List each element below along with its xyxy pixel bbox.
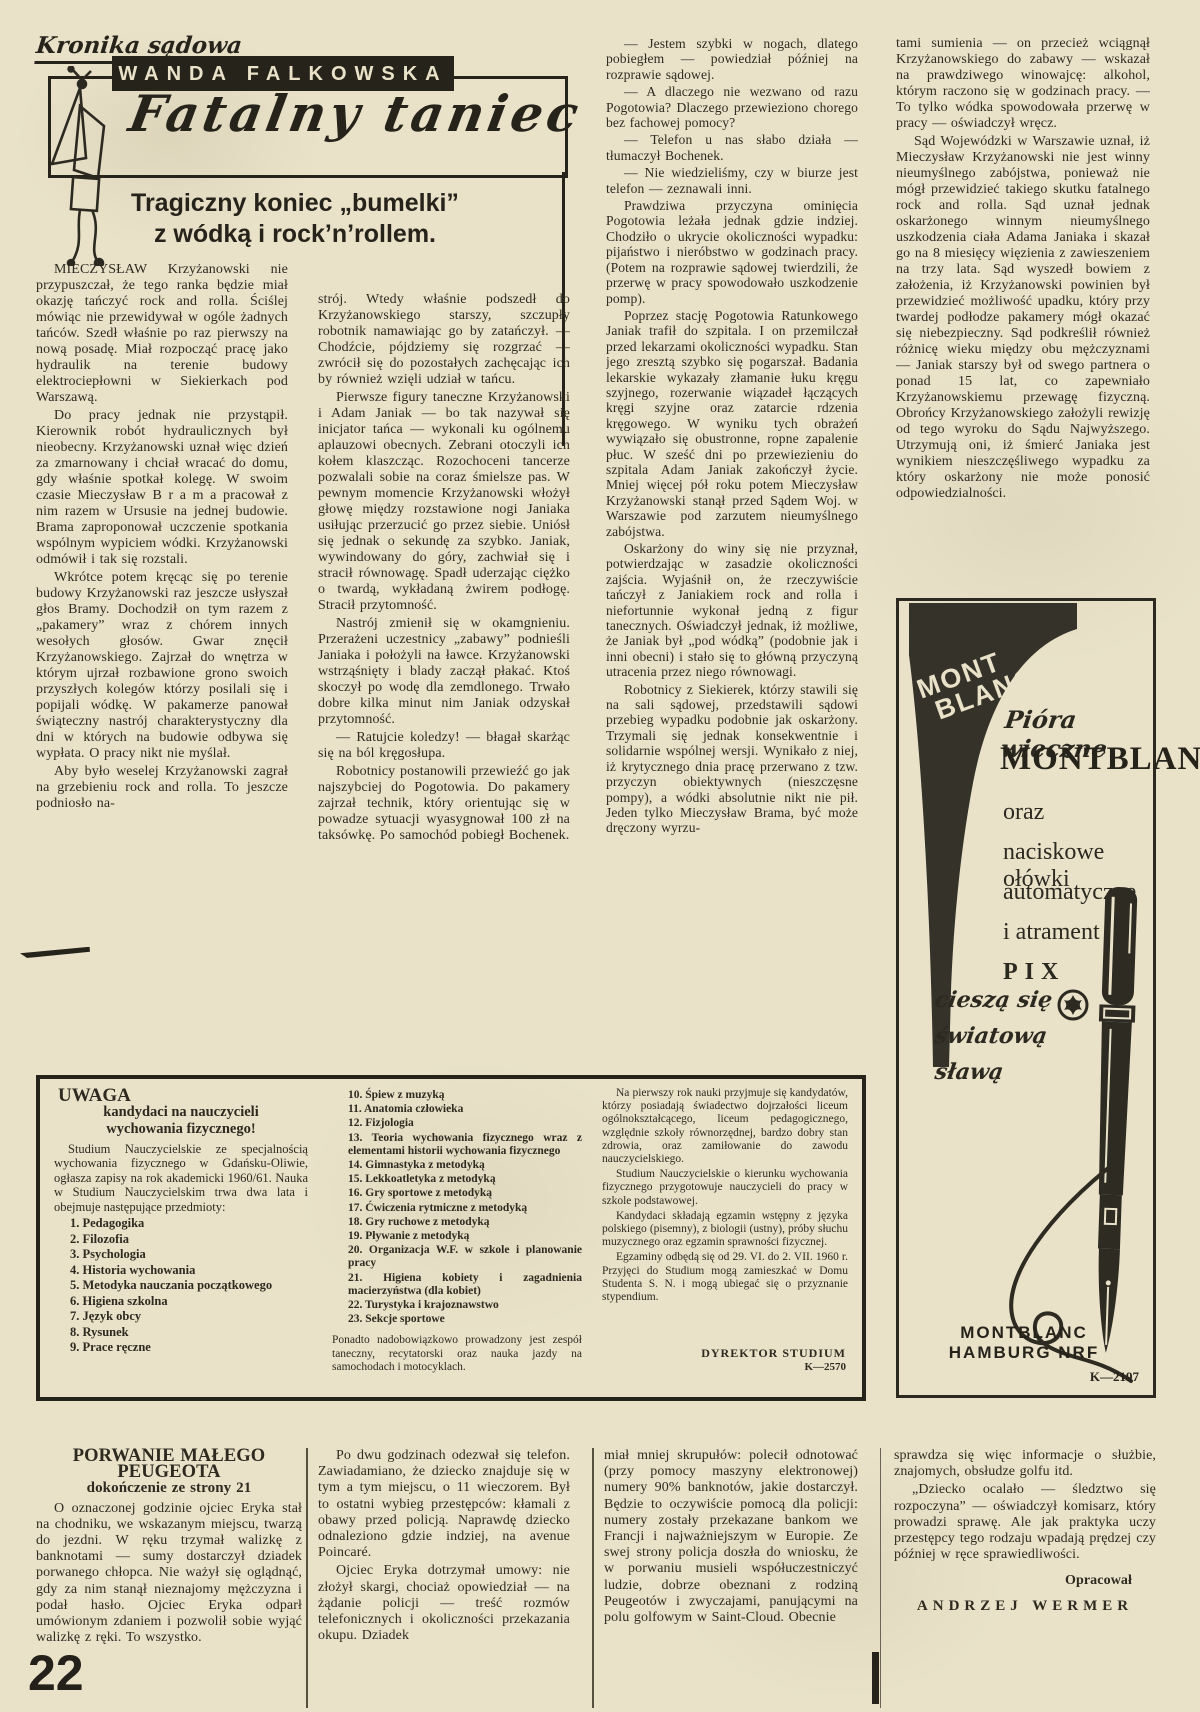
bottom-headline: PORWANIE MAŁEGO PEUGEOTA <box>36 1448 302 1480</box>
paragraph: Oskarżony do winy się nie przyznał, potw… <box>606 541 858 680</box>
article-column-3: — Jestem szybki w nogach, dlatego pobieg… <box>606 36 858 970</box>
ad-text-line-pix: PIX <box>1003 959 1065 986</box>
column-rule <box>306 1448 308 1708</box>
list-item: 6. Higiena szkolna <box>70 1294 308 1309</box>
paragraph: strój. Wtedy właśnie podszedł do Krzyżan… <box>318 292 570 388</box>
montblanc-advertisement: MONT BLANC Pióra wieczne MONTBLANC oraz … <box>896 598 1156 1398</box>
paragraph: Pierwsze figury taneczne Krzyżanowski i … <box>318 390 570 614</box>
author-banner: WANDA FALKOWSKA <box>112 56 454 91</box>
ad-text-line: oraz <box>1003 799 1044 826</box>
ad-script-line: światową <box>933 1023 1049 1049</box>
list-item: 2. Filozofia <box>70 1232 308 1247</box>
list-item: 1. Pedagogika <box>70 1216 308 1231</box>
bottom-subhead: dokończenie ze strony 21 <box>36 1480 302 1496</box>
list-item: 11. Anatomia człowieka <box>348 1103 582 1116</box>
notice-extra: Ponadto nadobowiązkowo prowadzony jest z… <box>332 1334 582 1374</box>
list-item: 23. Sekcje sportowe <box>348 1313 582 1326</box>
list-item: 19. Pływanie z metodyką <box>348 1230 582 1243</box>
notice-intro: Studium Nauczycielskie ze specjalnością … <box>54 1142 308 1215</box>
paragraph: „Dziecko ocalało — śledztwo się rozpoczy… <box>894 1482 1156 1563</box>
paragraph: miał mniej skrupułów: polecił odnotować … <box>604 1448 858 1626</box>
list-item: 10. Śpiew z muzyką <box>348 1089 582 1102</box>
list-item: 4. Historia wychowania <box>70 1263 308 1278</box>
article-title: Fatalny taniec <box>125 84 555 143</box>
notice-signature-block: DYREKTOR STUDIUM K—2570 <box>600 1340 846 1373</box>
notice-code: K—2570 <box>600 1361 846 1373</box>
paragraph: Po dwu godzinach odezwał się telefon. Za… <box>318 1448 570 1561</box>
paragraph: Kandydaci składają egzamin wstępny z jęz… <box>602 1210 848 1250</box>
notice-signature: DYREKTOR STUDIUM <box>600 1346 846 1361</box>
article-column-4: tami sumienia — on przecież wciągnął Krz… <box>896 36 1150 592</box>
ad-brand-name: MONTBLANC <box>1000 741 1200 778</box>
paragraph: — Nie wiedzieliśmy, czy w biurze jest te… <box>606 165 858 196</box>
list-item: 18. Gry ruchowe z metodyką <box>348 1216 582 1229</box>
list-item: 9. Prace ręczne <box>70 1340 308 1355</box>
ad-footer-text: MONTBLANC HAMBURG NRF <box>907 1323 1141 1363</box>
article-column-2: strój. Wtedy właśnie podszedł do Krzyżan… <box>318 292 570 1004</box>
notice-subheading-1: kandydaci na nauczycieli <box>54 1104 308 1121</box>
list-item: 7. Język obcy <box>70 1309 308 1324</box>
notice-column-2: 10. Śpiew z muzyką11. Anatomia człowieka… <box>332 1087 582 1387</box>
paragraph: Egzaminy odbędą się od 29. VI. do 2. VII… <box>602 1251 848 1304</box>
list-item: 17. Ćwiczenia rytmiczne z metodyką <box>348 1202 582 1215</box>
paragraph: Na pierwszy rok nauki przyjmuje się kand… <box>602 1087 848 1166</box>
column-rule <box>880 1448 881 1708</box>
paragraph: Nastrój zmienił się w okamgnieniu. Przer… <box>318 616 570 728</box>
paragraph: — Ratujcie koledzy! — błagał skarżąc się… <box>318 730 570 762</box>
list-item: 21. Higiena kobiety i zagadnienia macier… <box>348 1272 582 1298</box>
list-item: 20. Organizacja W.F. w szkole i planowan… <box>348 1244 582 1270</box>
bottom-column-3: miał mniej skrupułów: polecił odnotować … <box>604 1448 858 1710</box>
list-item: 22. Turystyka i krajoznawstwo <box>348 1299 582 1312</box>
list-item: 8. Rysunek <box>70 1325 308 1340</box>
paragraph: Prawdziwa przyczyna ominięcia Pogotowia … <box>606 198 858 306</box>
ad-script-line: cieszą się <box>933 987 1054 1013</box>
paragraph: Robotnicy postanowili przewieźć go jak n… <box>318 764 570 844</box>
list-item: 16. Gry sportowe z metodyką <box>348 1187 582 1200</box>
subtitle-line-2: z wódką i rock’n’rollem. <box>60 219 530 250</box>
paragraph: — A dlaczego nie wezwano od razu Pogotow… <box>606 84 858 130</box>
paragraph: Do pracy jednak nie przystąpił. Kierowni… <box>36 408 288 568</box>
paragraph: Sąd Wojewódzki w Warszawie uznał, iż Mie… <box>896 134 1150 502</box>
paragraph: Wkrótce potem kręcąc się po terenie budo… <box>36 570 288 762</box>
byline-name: ANDRZEJ WERMER <box>894 1598 1156 1614</box>
subject-list-2: 10. Śpiew z muzyką11. Anatomia człowieka… <box>332 1089 582 1326</box>
list-item: 14. Gimnastyka z metodyką <box>348 1159 582 1172</box>
notice-heading: UWAGA <box>58 1089 308 1104</box>
bottom-column-1-text: O oznaczonej godzinie ojciec Eryka stał … <box>36 1501 302 1647</box>
list-item: 3. Psychologia <box>70 1247 308 1262</box>
bottom-column-2: Po dwu godzinach odezwał się telefon. Za… <box>318 1448 570 1710</box>
paragraph: O oznaczonej godzinie ojciec Eryka stał … <box>36 1501 302 1647</box>
list-item: 13. Teoria wychowania fizycznego wraz z … <box>348 1132 582 1158</box>
paragraph: Robotnicy z Siekierek, którzy stawili si… <box>606 682 858 836</box>
ad-script-line: sławą <box>933 1059 1005 1085</box>
list-item: 12. Fizjologia <box>348 1117 582 1130</box>
paragraph: tami sumienia — on przecież wciągnął Krz… <box>896 36 1150 132</box>
paragraph: MIECZYSŁAW Krzyżanowski nie przypuszczał… <box>36 262 288 406</box>
list-item: 15. Lekkoatletyka z metodyką <box>348 1173 582 1186</box>
paragraph: Studium Nauczycielskie o kierunku wychow… <box>602 1168 848 1208</box>
subtitle-line-1: Tragiczny koniec „bumelki” <box>60 188 530 219</box>
byline-bar <box>872 1652 879 1704</box>
column-rule <box>592 1448 594 1708</box>
subject-list-1: 1. Pedagogika2. Filozofia3. Psychologia4… <box>54 1216 308 1355</box>
article-column-1: MIECZYSŁAW Krzyżanowski nie przypuszczał… <box>36 262 288 968</box>
paragraph: Ojciec Eryka dotrzymał umowy: nie złożył… <box>318 1563 570 1644</box>
paragraph: sprawdza się więc informacje o służbie, … <box>894 1448 1156 1480</box>
paragraph: Poprzez stację Pogotowia Ratunkowego Jan… <box>606 308 858 539</box>
byline-label: Opracował <box>894 1573 1132 1589</box>
bottom-column-4: sprawdza się więc informacje o służbie, … <box>894 1448 1156 1710</box>
bottom-column-4-text: sprawdza się więc informacje o służbie, … <box>894 1448 1156 1563</box>
paragraph: — Jestem szybki w nogach, dlatego pobieg… <box>606 36 858 82</box>
ad-code: K—2197 <box>1090 1369 1139 1385</box>
notice-column-1: UWAGA kandydaci na nauczycieli wychowani… <box>54 1087 308 1387</box>
dancer-illustration <box>28 66 128 266</box>
paragraph: — Telefon u nas słabo działa — tłumaczył… <box>606 132 858 163</box>
page-number: 22 <box>28 1644 84 1702</box>
newspaper-page: Kronika sądowa WANDA FALKOWSKA Fatalny t… <box>0 0 1200 1712</box>
paragraph: Aby było weselej Krzyżanowski zagrał na … <box>36 764 288 812</box>
notice-subheading-2: wychowania fizycznego! <box>54 1121 308 1138</box>
list-item: 5. Metodyka nauczania początkowego <box>70 1278 308 1293</box>
article-subtitle: Tragiczny koniec „bumelki” z wódką i roc… <box>60 188 530 250</box>
